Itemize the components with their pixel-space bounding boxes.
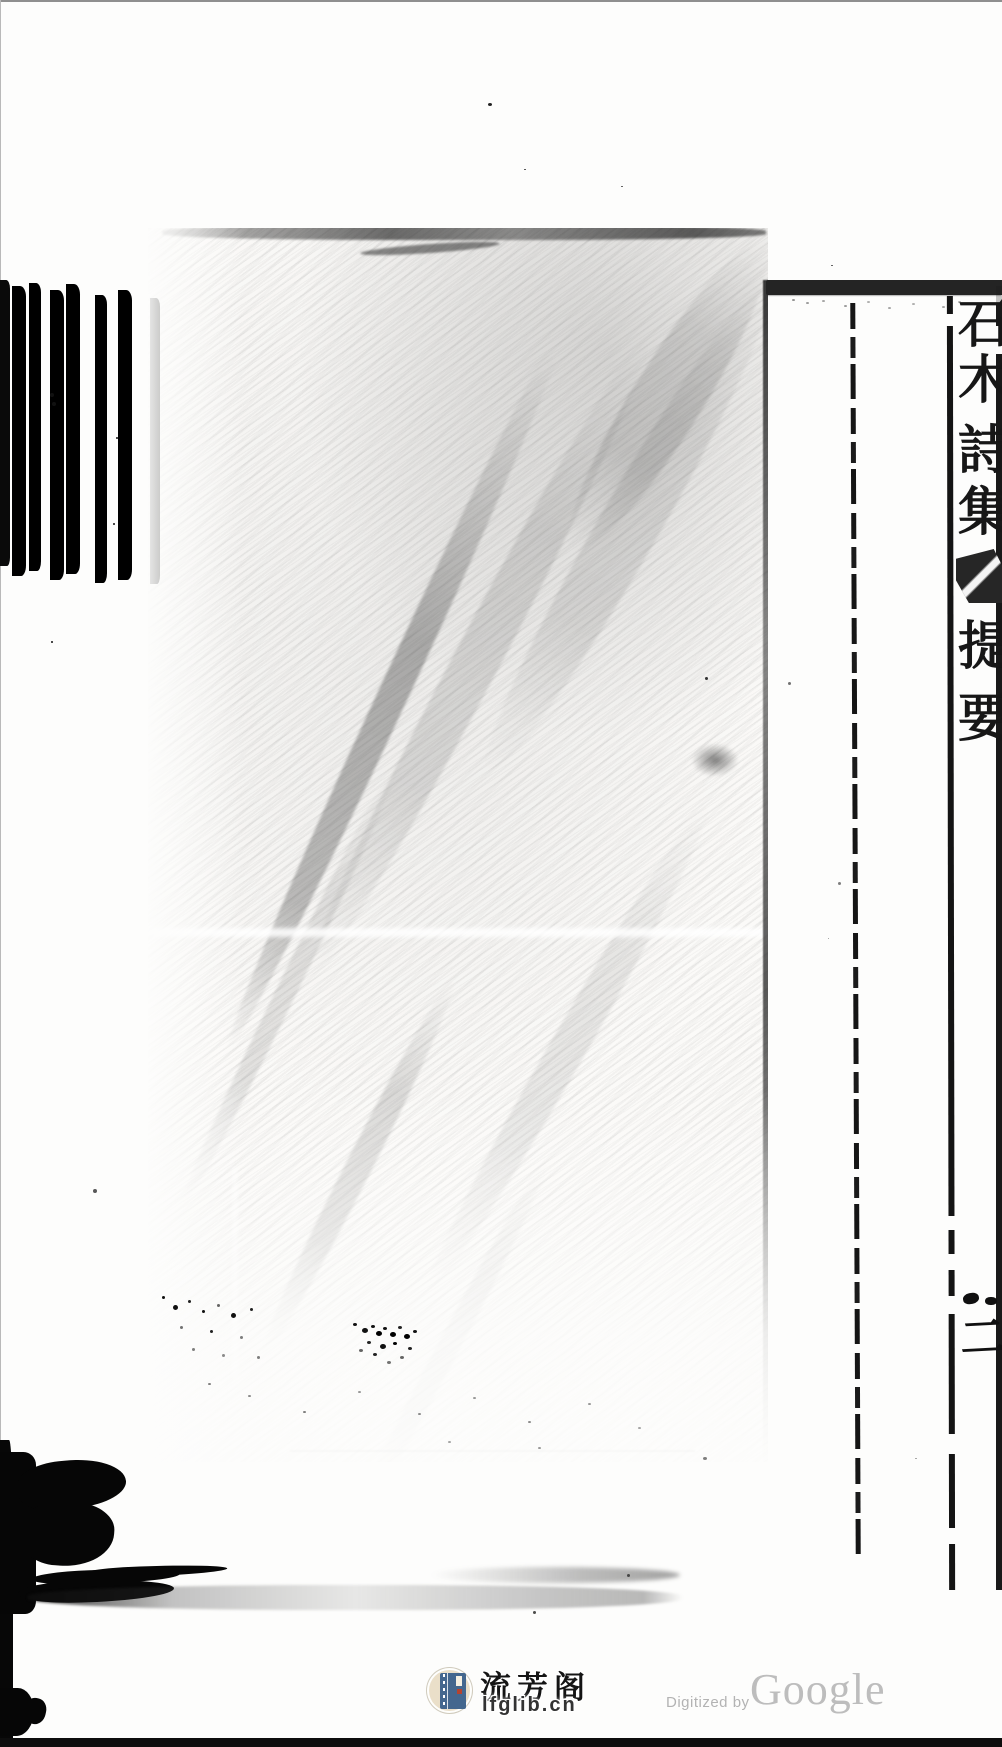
pencil-smudge-band — [412, 797, 723, 1300]
page-bottom-boundary — [290, 1450, 695, 1452]
spine-title-char: 集 — [958, 486, 1002, 544]
bottom-left-ink-blob — [0, 1688, 52, 1738]
ink-speck-band — [208, 1383, 211, 1385]
paper-crease-light — [148, 928, 768, 937]
spine-title-char: 詩 — [958, 424, 1002, 482]
lfglib-watermark-badge — [427, 1668, 472, 1713]
left-ink-strip — [0, 280, 10, 566]
scan-top-edge — [0, 0, 1002, 2]
bottom-scan-bar — [0, 1738, 1002, 1747]
pencil-smudge-band — [340, 1157, 557, 1462]
book-red-seal — [457, 1689, 462, 1694]
solid-column-line — [947, 296, 955, 1590]
ink-smear-wedge — [956, 549, 1002, 603]
ink-mark — [985, 1297, 997, 1305]
page-numeral: 二 — [959, 1312, 1002, 1363]
book-spine-line — [447, 1673, 448, 1709]
dark-smear-spot — [691, 743, 739, 777]
ink-speck-cluster — [353, 1323, 357, 1326]
smudge-top-fringe — [162, 228, 766, 240]
page-fold-crease — [763, 280, 768, 1462]
spine-section-char: 要 — [958, 692, 1002, 750]
paper-crease-light — [233, 1168, 237, 1378]
smudged-page — [148, 228, 768, 1462]
book-logo-icon — [440, 1673, 466, 1709]
left-speck — [50, 393, 54, 397]
dashed-column-line — [850, 303, 860, 1558]
stray-speck — [488, 103, 492, 106]
stray-speck — [93, 1189, 97, 1193]
dirt-streak — [430, 1567, 680, 1583]
under-rule-specks — [792, 299, 795, 301]
ink-speck-cluster — [162, 1296, 165, 1299]
stray-speck — [705, 677, 708, 680]
google-logo: Google — [750, 1664, 886, 1715]
book-title-label — [456, 1676, 462, 1686]
digitized-by-label: Digitized by — [666, 1694, 750, 1711]
scanned-book-page: 石 木 詩 集 提 要 二 流芳阁 lfglib.cn Digitized by — [0, 0, 1002, 1747]
lfglib-site-url: lfglib.cn — [482, 1694, 577, 1717]
stray-speck — [703, 1457, 707, 1460]
ink-mark — [962, 1291, 980, 1305]
pencil-smudge-band — [251, 975, 465, 1361]
spine-title-char: 石 — [958, 298, 1002, 356]
book-stitching — [443, 1674, 445, 1707]
smudge-top-streak — [360, 239, 500, 258]
frame-top-rule — [766, 280, 1002, 295]
spine-section-char: 提 — [958, 620, 1002, 678]
spine-title-char: 木 — [958, 354, 1002, 412]
stray-speck — [533, 1611, 536, 1614]
dirt-streak — [28, 1585, 683, 1610]
